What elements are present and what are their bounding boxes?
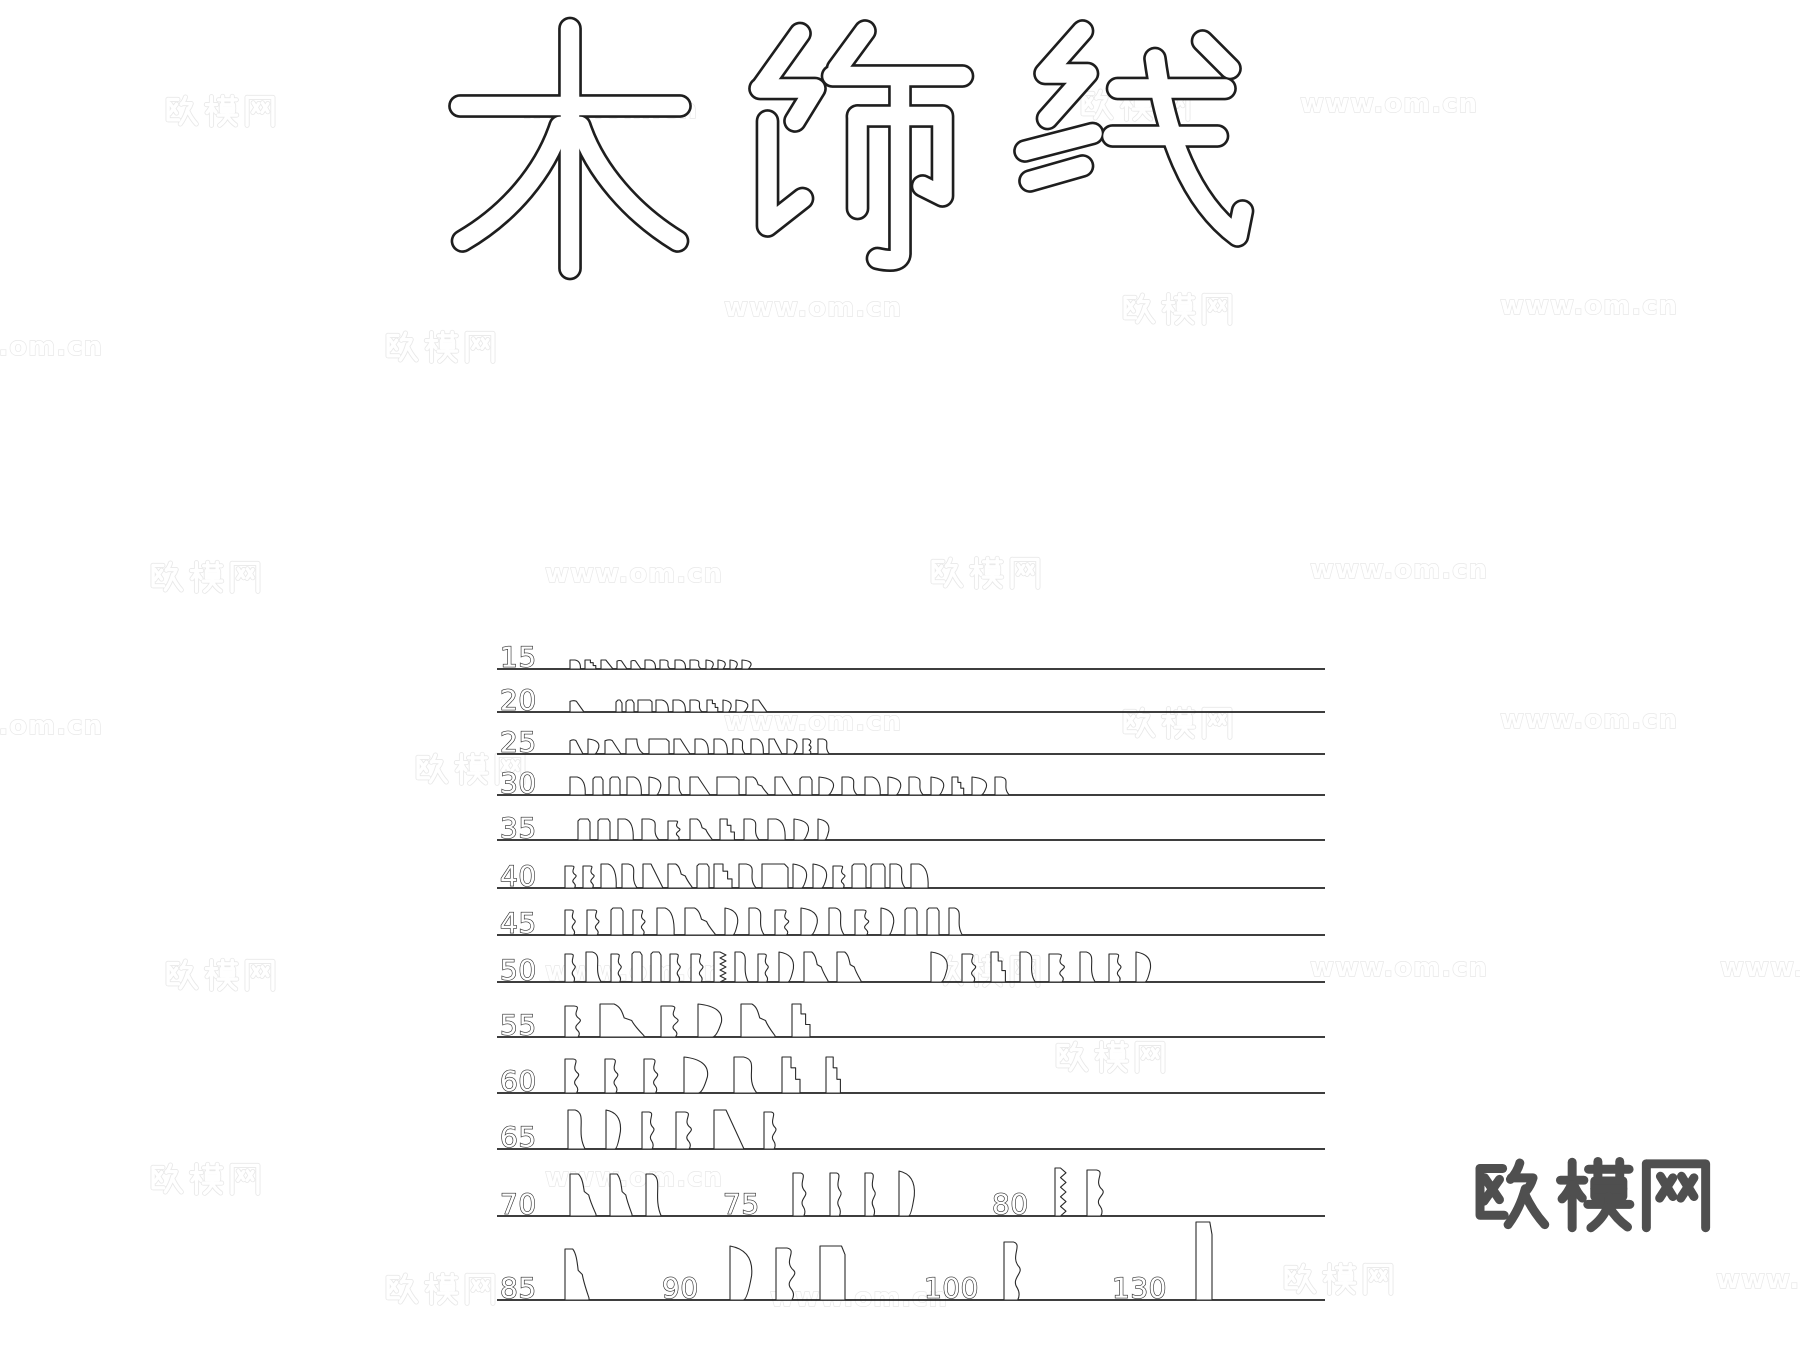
molding-profile	[871, 864, 885, 888]
molding-profile	[927, 908, 939, 935]
size-label: 45	[500, 907, 537, 940]
size-label: 30	[500, 767, 537, 800]
size-label: 35	[500, 812, 537, 845]
molding-profile	[598, 819, 610, 840]
molding-profile	[706, 660, 713, 669]
molding-profile	[610, 777, 620, 795]
size-label: 90	[662, 1272, 699, 1305]
watermark-url: www.om.cn	[545, 559, 723, 589]
watermark-url: www.om.cn	[1500, 291, 1678, 321]
molding-profile	[649, 739, 669, 754]
molding-profile	[762, 864, 788, 888]
molding-profile	[570, 660, 580, 669]
molding-profile	[645, 660, 655, 669]
size-label: 85	[500, 1272, 537, 1305]
size-label: 40	[500, 860, 537, 893]
molding-profile	[675, 660, 685, 669]
size-label: 60	[500, 1065, 537, 1098]
size-label: 65	[500, 1121, 537, 1154]
watermark-brand-char	[1163, 294, 1193, 323]
watermark-url: www.om.cn	[0, 711, 103, 741]
molding-profile	[632, 952, 642, 982]
watermark-url: www.om.cn	[770, 1283, 948, 1313]
size-label: 100	[924, 1272, 979, 1305]
molding-profile	[717, 777, 739, 795]
size-label: 75	[723, 1188, 760, 1221]
molding-profile	[905, 908, 917, 935]
cad-sheet: 木饰线 www.om.cnwww.om.cnwww.om.cnwww.om.cn…	[0, 0, 1800, 1347]
watermark-brand-char	[191, 1164, 221, 1193]
molding-profile	[800, 777, 812, 795]
size-label: 80	[992, 1188, 1029, 1221]
size-label: 50	[500, 954, 537, 987]
watermark-brand-char	[426, 1274, 456, 1303]
watermark-url: www.om.cn	[1300, 89, 1478, 119]
molding-profile	[852, 864, 866, 888]
molding-profile	[616, 700, 622, 712]
molding-profile	[1196, 1222, 1212, 1300]
watermark-brand-char	[426, 332, 456, 361]
molding-profile	[611, 908, 623, 935]
molding-profile	[593, 777, 603, 795]
watermark-url: www.om.cn	[1310, 555, 1488, 585]
watermark-brand-char	[1096, 1042, 1126, 1071]
size-label: 20	[500, 684, 537, 717]
watermark-brand-char	[456, 754, 486, 783]
size-label: 130	[1112, 1272, 1167, 1305]
watermark-brand-char	[191, 562, 221, 591]
molding-profile	[820, 1246, 845, 1300]
watermark-url: www.om.cn	[1310, 953, 1488, 983]
molding-profile	[697, 864, 709, 888]
watermark-brand-char	[971, 558, 1001, 587]
molding-profile	[730, 660, 737, 669]
watermark-url: www.om.cn	[1500, 705, 1678, 735]
watermark-url: www.om.cn	[724, 293, 902, 323]
size-label: 55	[500, 1009, 537, 1042]
watermark-url: www.om.cn	[1716, 1265, 1800, 1295]
watermark-brand-char	[1324, 1264, 1354, 1293]
watermark-url: www.om.cn	[1720, 953, 1800, 983]
drawing-svg: www.om.cnwww.om.cnwww.om.cnwww.om.cnwww.…	[0, 0, 1800, 1347]
molding-profile	[626, 700, 634, 712]
molding-profile	[638, 700, 652, 712]
size-label: 70	[500, 1188, 537, 1221]
watermark-url: www.om.cn	[0, 332, 103, 362]
molding-profile	[718, 660, 725, 669]
molding-profile	[578, 819, 590, 840]
molding-profile	[651, 952, 661, 982]
watermark-brand-char	[206, 960, 236, 989]
size-label: 25	[500, 726, 537, 759]
watermark-brand-char	[206, 96, 236, 125]
molding-profile	[742, 660, 751, 669]
size-label: 15	[500, 641, 537, 674]
molding-profile	[803, 739, 811, 754]
molding-profile	[723, 700, 731, 712]
molding-profile	[714, 952, 726, 982]
